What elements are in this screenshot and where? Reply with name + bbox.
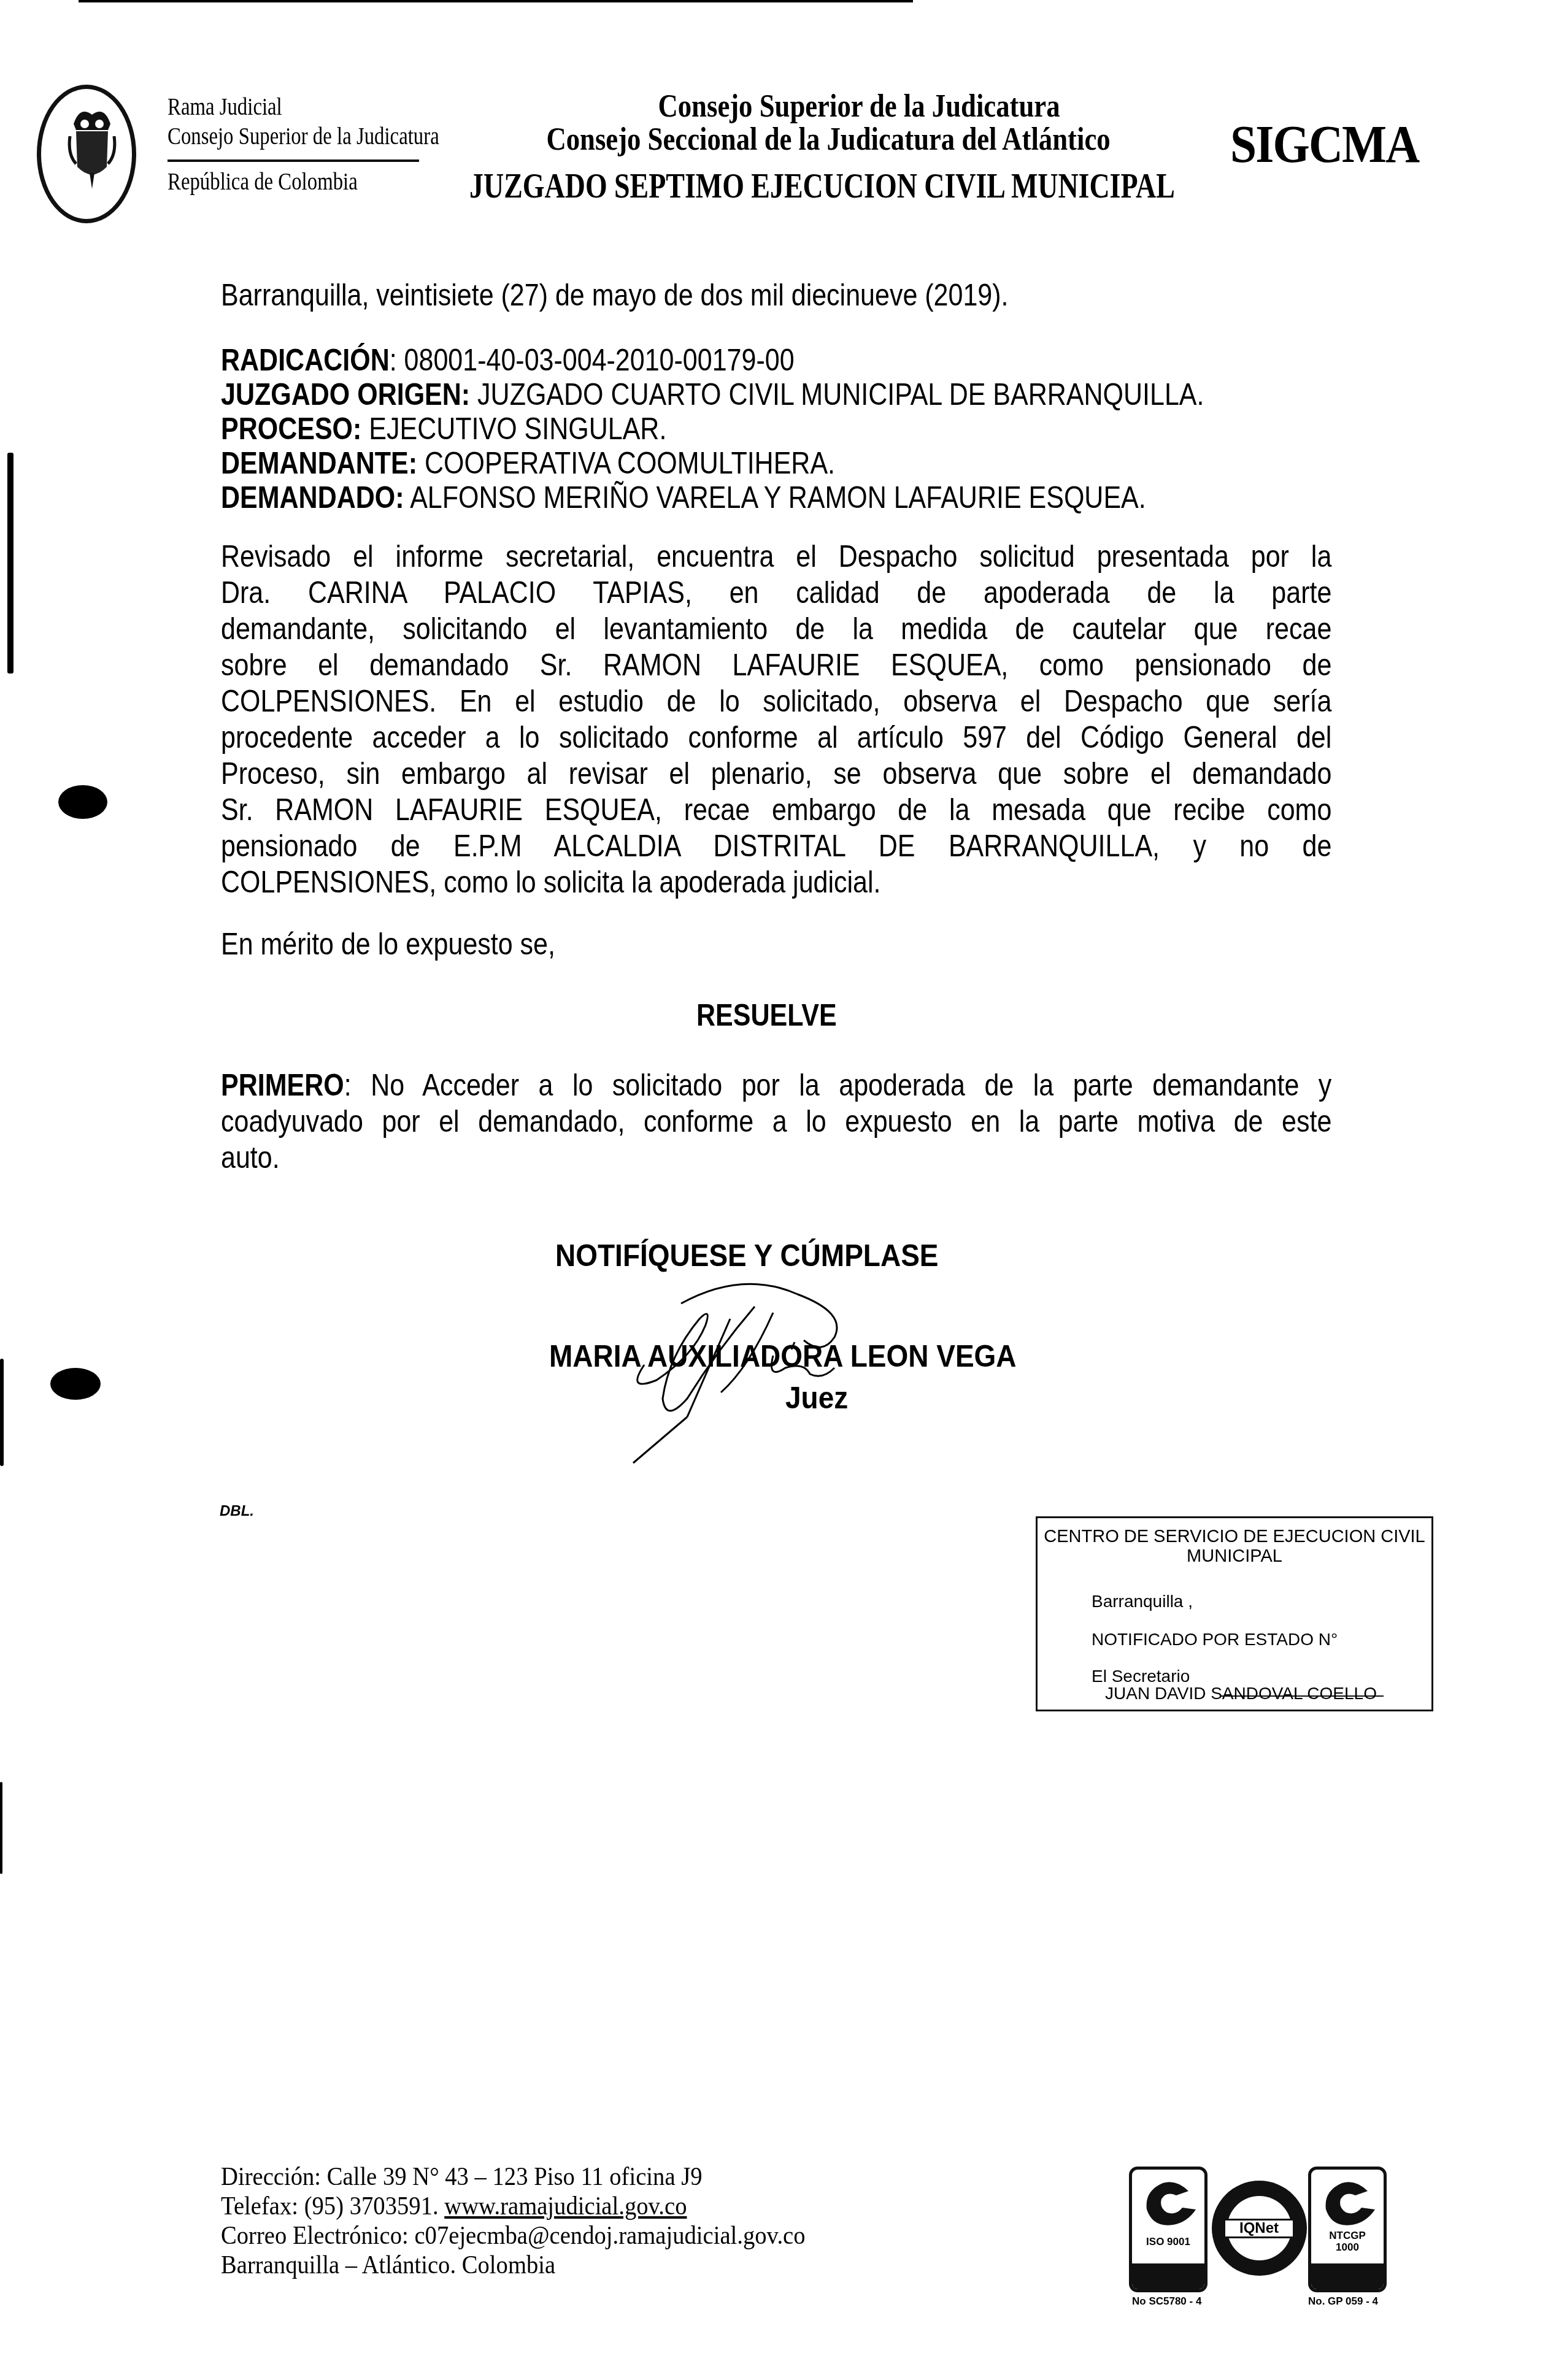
primero-line: coadyuvado por el demandado, conforme a … — [221, 1104, 1331, 1140]
case-juzgado-origen: JUZGADO ORIGEN: JUZGADO CUARTO CIVIL MUN… — [221, 377, 1204, 413]
case-label: PROCESO: — [221, 412, 361, 446]
body-line: Dra. CARINA PALACIO TAPIAS, en calidad d… — [221, 575, 1331, 611]
primero-line: auto. — [221, 1140, 1331, 1176]
punch-hole — [50, 1368, 101, 1400]
scan-margin-mark — [0, 1782, 2, 1874]
cert-number: No. GP 059 - 4 — [1308, 2295, 1378, 2308]
scan-margin-mark — [7, 453, 13, 674]
case-proceso: PROCESO: EJECUTIVO SINGULAR. — [221, 411, 666, 447]
notification-stamp-box: CENTRO DE SERVICIO DE EJECUCION CIVIL MU… — [1036, 1516, 1433, 1711]
case-value: COOPERATIVA COOMULTIHERA. — [425, 446, 835, 480]
body-line: COLPENSIONES, como lo solicita la apoder… — [221, 864, 1331, 900]
cert-label: ISO 9001 — [1132, 2236, 1204, 2248]
primero-line: PRIMERO: No Acceder a lo solicitado por … — [221, 1067, 1331, 1104]
sigcma-brand: SIGCMA — [1230, 113, 1419, 175]
case-value: 08001-40-03-004-2010-00179-00 — [404, 343, 795, 377]
primero-paragraph: PRIMERO: No Acceder a lo solicitado por … — [221, 1067, 1331, 1176]
primero-label: PRIMERO — [221, 1068, 344, 1102]
body-line: Sr. RAMON LAFAURIE ESQUEA, recae embargo… — [221, 792, 1331, 828]
cert-iso-9001: ISO 9001 — [1129, 2167, 1207, 2292]
body-paragraph: Revisado el informe secretarial, encuent… — [221, 539, 1331, 900]
case-radicacion: RADICACIÓN: 08001-40-03-004-2010-00179-0… — [221, 342, 795, 378]
icontec-logo-icon — [1319, 2176, 1380, 2231]
date-line: Barranquilla, veintisiete (27) de mayo d… — [221, 277, 1009, 313]
merit-line: En mérito de lo expuesto se, — [221, 926, 555, 962]
punch-hole — [58, 785, 107, 819]
footer-address: Dirección: Calle 39 N° 43 – 123 Piso 11 … — [221, 2162, 806, 2192]
header-divider — [168, 159, 419, 162]
resolve-heading: RESUELVE — [696, 997, 837, 1034]
case-value: EJECUTIVO SINGULAR. — [369, 412, 666, 446]
notification-estado: NOTIFICADO POR ESTADO N° — [1092, 1630, 1338, 1649]
body-line: COLPENSIONES. En el estudio de lo solici… — [221, 683, 1331, 720]
cert-label: NTCGP 1000 — [1322, 2230, 1373, 2253]
header-consejo-seccional: Consejo Seccional de la Judicatura del A… — [459, 121, 1198, 158]
notification-city: Barranquilla , — [1092, 1592, 1193, 1611]
scan-margin-mark — [0, 1359, 4, 1466]
case-label: JUZGADO ORIGEN: — [221, 377, 470, 412]
body-line: Proceso, sin embargo al revisar el plena… — [221, 756, 1331, 792]
body-line: procedente acceder a lo solicitado confo… — [221, 720, 1331, 756]
body-line: sobre el demandado Sr. RAMON LAFAURIE ES… — [221, 647, 1331, 683]
judge-name: MARIA AUXILIADORA LEON VEGA — [549, 1338, 1017, 1374]
body-line: Revisado el informe secretarial, encuent… — [221, 539, 1331, 575]
notification-title: CENTRO DE SERVICIO DE EJECUCION CIVIL MU… — [1038, 1527, 1431, 1566]
cert-band — [1132, 2263, 1204, 2289]
case-demandante: DEMANDANTE: COOPERATIVA COOMULTIHERA. — [221, 445, 835, 482]
notification-secretary-name: JUAN DAVID SANDOVAL COELLO — [1105, 1684, 1377, 1703]
case-label: RADICACIÓN — [221, 343, 390, 377]
case-label: DEMANDADO: — [221, 480, 404, 515]
footer-city: Barranquilla – Atlántico. Colombia — [221, 2251, 806, 2280]
cert-number: No SC5780 - 4 — [1132, 2295, 1201, 2308]
header-rama-judicial: Rama Judicial — [168, 92, 282, 121]
footer-website-link[interactable]: www.ramajudicial.gov.co — [444, 2192, 687, 2221]
iqnet-logo-icon: IQNet — [1212, 2181, 1307, 2276]
icontec-logo-icon — [1139, 2176, 1201, 2231]
case-value: ALFONSO MERIÑO VARELA Y RAMON LAFAURIE E… — [410, 480, 1146, 515]
footer-telefax: Telefax: (95) 3703591. www.ramajudicial.… — [221, 2192, 806, 2221]
footer-email: Correo Electrónico: c07ejecmba@cendoj.ra… — [221, 2221, 806, 2251]
body-line: demandante, solicitando el levantamiento… — [221, 611, 1331, 647]
cert-band — [1311, 2263, 1384, 2289]
header-consejo-superior: Consejo Superior de la Judicatura — [595, 88, 1123, 125]
scan-edge-line — [79, 0, 913, 2]
case-label: DEMANDANTE: — [221, 446, 417, 480]
header-republica: República de Colombia — [168, 167, 358, 196]
colombia-coat-of-arms-icon — [67, 106, 117, 191]
body-line: pensionado de E.P.M ALCALDIA DISTRITAL D… — [221, 828, 1331, 864]
header-consejo-superior-small: Consejo Superior de la Judicatura — [168, 121, 439, 151]
footer-contact: Dirección: Calle 39 N° 43 – 123 Piso 11 … — [221, 2162, 806, 2280]
case-value: JUZGADO CUARTO CIVIL MUNICIPAL DE BARRAN… — [477, 377, 1204, 412]
case-demandado: DEMANDADO: ALFONSO MERIÑO VARELA Y RAMON… — [221, 480, 1146, 516]
judge-title: Juez — [785, 1380, 848, 1416]
cert-ntcgp-1000: NTCGP 1000 — [1308, 2167, 1387, 2292]
author-initials: DBL. — [220, 1503, 254, 1520]
iqnet-label: IQNet — [1225, 2219, 1293, 2238]
header-juzgado: JUZGADO SEPTIMO EJECUCION CIVIL MUNICIPA… — [450, 167, 1195, 206]
